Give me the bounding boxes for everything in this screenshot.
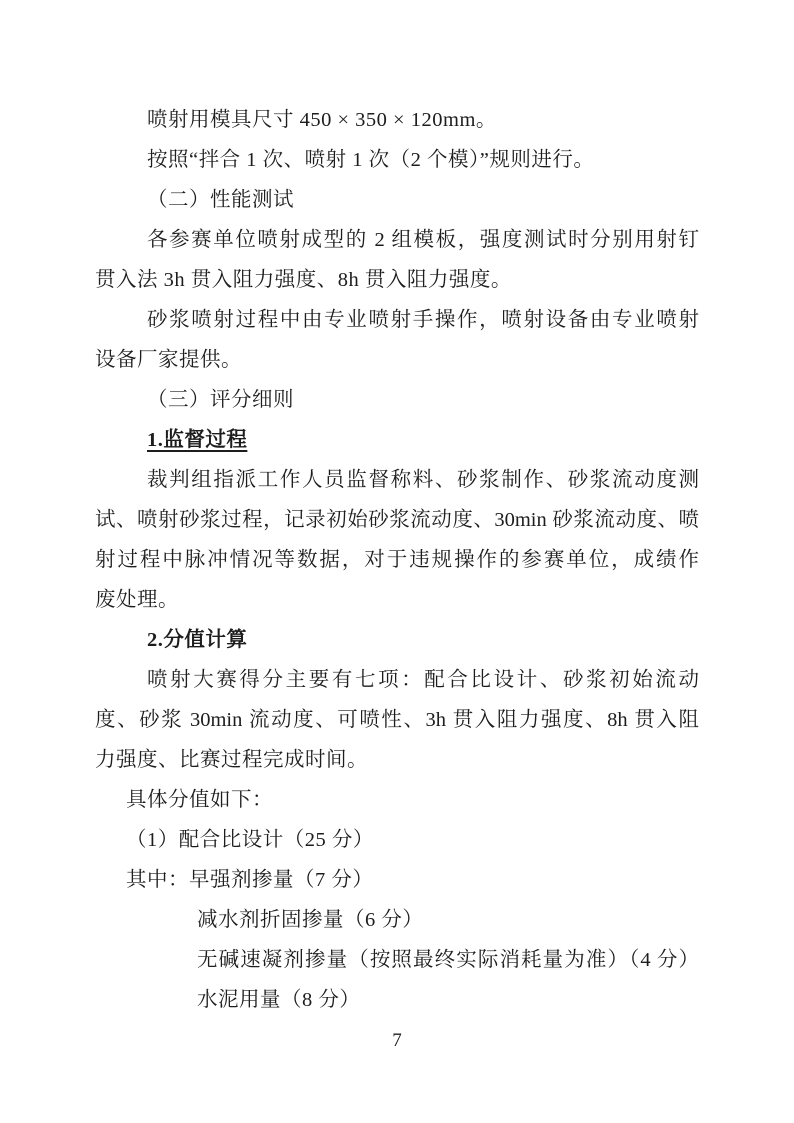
doc-line: 其中：早强剂掺量（7 分） bbox=[95, 860, 699, 900]
page-number: 7 bbox=[0, 1026, 794, 1056]
doc-line: 水泥用量（8 分） bbox=[95, 980, 699, 1020]
doc-line: 喷射用模具尺寸 450 × 350 × 120mm。 bbox=[95, 100, 699, 140]
doc-line: 设备厂家提供。 bbox=[95, 340, 699, 380]
doc-line: 减水剂折固掺量（6 分） bbox=[95, 900, 699, 940]
doc-line: （二）性能测试 bbox=[95, 180, 699, 220]
doc-line: （三）评分细则 bbox=[95, 380, 699, 420]
doc-line: 喷射大赛得分主要有七项：配合比设计、砂浆初始流动 bbox=[95, 660, 699, 700]
doc-line: 1.监督过程 bbox=[95, 420, 699, 460]
doc-line: 裁判组指派工作人员监督称料、砂浆制作、砂浆流动度测 bbox=[95, 460, 699, 500]
doc-line: 各参赛单位喷射成型的 2 组模板，强度测试时分别用射钉 bbox=[95, 220, 699, 260]
doc-line: 2.分值计算 bbox=[95, 620, 699, 660]
doc-line: 砂浆喷射过程中由专业喷射手操作，喷射设备由专业喷射 bbox=[95, 300, 699, 340]
doc-line: 试、喷射砂浆过程，记录初始砂浆流动度、30min 砂浆流动度、喷 bbox=[95, 500, 699, 540]
doc-line: 废处理。 bbox=[95, 580, 699, 620]
doc-line: 贯入法 3h 贯入阻力强度、8h 贯入阻力强度。 bbox=[95, 260, 699, 300]
doc-line: 无碱速凝剂掺量（按照最终实际消耗量为准）（4 分） bbox=[95, 940, 699, 980]
doc-line: 具体分值如下： bbox=[95, 780, 699, 820]
document-body: 喷射用模具尺寸 450 × 350 × 120mm。按照“拌合 1 次、喷射 1… bbox=[95, 100, 699, 1020]
doc-line: （1）配合比设计（25 分） bbox=[95, 820, 699, 860]
doc-line: 力强度、比赛过程完成时间。 bbox=[95, 740, 699, 780]
doc-line: 按照“拌合 1 次、喷射 1 次（2 个模）”规则进行。 bbox=[95, 140, 699, 180]
document-page: 喷射用模具尺寸 450 × 350 × 120mm。按照“拌合 1 次、喷射 1… bbox=[0, 0, 794, 1123]
doc-line: 射过程中脉冲情况等数据，对于违规操作的参赛单位，成绩作 bbox=[95, 540, 699, 580]
doc-line: 度、砂浆 30min 流动度、可喷性、3h 贯入阻力强度、8h 贯入阻 bbox=[95, 700, 699, 740]
